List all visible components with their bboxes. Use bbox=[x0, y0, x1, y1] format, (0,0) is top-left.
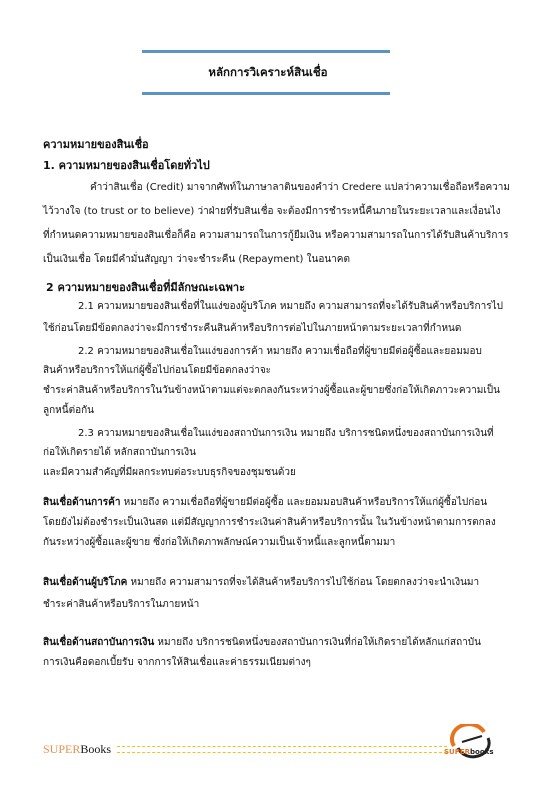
section-heading: ความหมายของสินเชื่อ bbox=[43, 138, 149, 152]
logo-books: books bbox=[470, 748, 493, 756]
paragraph-line: 2.2 ความหมายของสินเชื่อในแง่ของการค้า หม… bbox=[78, 345, 482, 359]
paragraph-line: ชำระค่าสินค้าหรือบริการในวันข้างหน้าตามแ… bbox=[43, 384, 500, 398]
superbooks-logo-icon bbox=[444, 724, 500, 764]
title-rule-bottom bbox=[142, 92, 390, 95]
footer-brand: SUPERBooks bbox=[43, 742, 111, 757]
paragraph-line: โดยยังไม่ต้องชำระเป็นเงินสด แต่มีสัญญากา… bbox=[43, 516, 496, 530]
section1-heading: 1. ความหมายของสินเชื่อโดยทั่วไป bbox=[43, 159, 210, 173]
paragraph-line: กันระหว่างผู้ซื้อและผู้ขาย ซึ่งก่อให้เกิ… bbox=[43, 536, 395, 550]
definition-term: สินเชื่อด้านสถาบันการเงิน bbox=[43, 637, 154, 648]
paragraph-line: 2.1 ความหมายของสินเชื่อที่ในแง่ของผู้บริ… bbox=[78, 300, 503, 314]
paragraph-line: และมีความสำคัญที่มีผลกระทบต่อระบบธุรกิจข… bbox=[43, 466, 296, 480]
paragraph-line: การเงินคือดอกเบี้ยรับ จากการให้สินเชื่อแ… bbox=[43, 656, 311, 670]
definition-text: หมายถึง ความสามารถที่จะได้สินค้าหรือบริก… bbox=[127, 577, 479, 588]
title-rule-top bbox=[142, 50, 390, 53]
logo-super: SUPER bbox=[444, 748, 470, 756]
definition-consumer-line: สินเชื่อด้านผู้บริโภค หมายถึง ความสามารถ… bbox=[43, 576, 479, 590]
definition-financial-line: สินเชื่อด้านสถาบันการเงิน หมายถึง บริการ… bbox=[43, 636, 481, 650]
paragraph-line: ที่กำหนดความหมายของสินเชื่อก็คือ ความสาม… bbox=[43, 229, 508, 243]
definition-term: สินเชื่อด้านผู้บริโภค bbox=[43, 577, 127, 588]
logo-wordmark: SUPERbooks bbox=[444, 748, 493, 756]
paragraph-line: คำว่าสินเชื่อ (Credit) มาจากศัพท์ในภาษาล… bbox=[90, 181, 510, 195]
paragraph-line: ชำระค่าสินค้าหรือบริการในภายหน้า bbox=[43, 598, 199, 612]
section2-heading: 2 ความหมายของสินเชื่อที่มีลักษณะเฉพาะ bbox=[46, 281, 245, 295]
paragraph-line: ใช้ก่อนโดยมีข้อตกลงว่าจะมีการชำระคืนสินค… bbox=[43, 322, 461, 336]
paragraph-line: สินค้าหรือบริการให้แก่ผู้ซื้อไปก่อนโดยมี… bbox=[43, 364, 271, 378]
brand-books: Books bbox=[80, 742, 111, 756]
definition-text: หมายถึง บริการชนิดหนึ่งของสถาบันการเงินท… bbox=[154, 637, 481, 648]
definition-trade-line: สินเชื่อด้านการค้า หมายถึง ความเชื่อถือท… bbox=[43, 496, 487, 510]
paragraph-line: ก่อให้เกิดรายได้ หลักสถาบันการเงิน bbox=[43, 446, 196, 460]
brand-super: SUPER bbox=[43, 742, 80, 756]
definition-term: สินเชื่อด้านการค้า bbox=[43, 497, 120, 508]
paragraph-line: ลูกหนี้ต่อกัน bbox=[43, 404, 94, 418]
paragraph-line: ไว้วางใจ (to trust or to believe) ว่าฝ่า… bbox=[43, 205, 501, 219]
footer-dash-rule bbox=[117, 746, 447, 753]
document-title: หลักการวิเคราะห์สินเชื่อ bbox=[0, 64, 536, 82]
definition-text: หมายถึง ความเชื่อถือที่ผู้ขายมีต่อผู้ซื้… bbox=[120, 497, 487, 508]
paragraph-line: 2.3 ความหมายของสินเชื่อในแง่ของสถาบันการ… bbox=[78, 427, 494, 441]
paragraph-line: เป็นเงินเชื่อ โดยมีคำมั่นสัญญา ว่าจะชำระ… bbox=[43, 253, 350, 267]
